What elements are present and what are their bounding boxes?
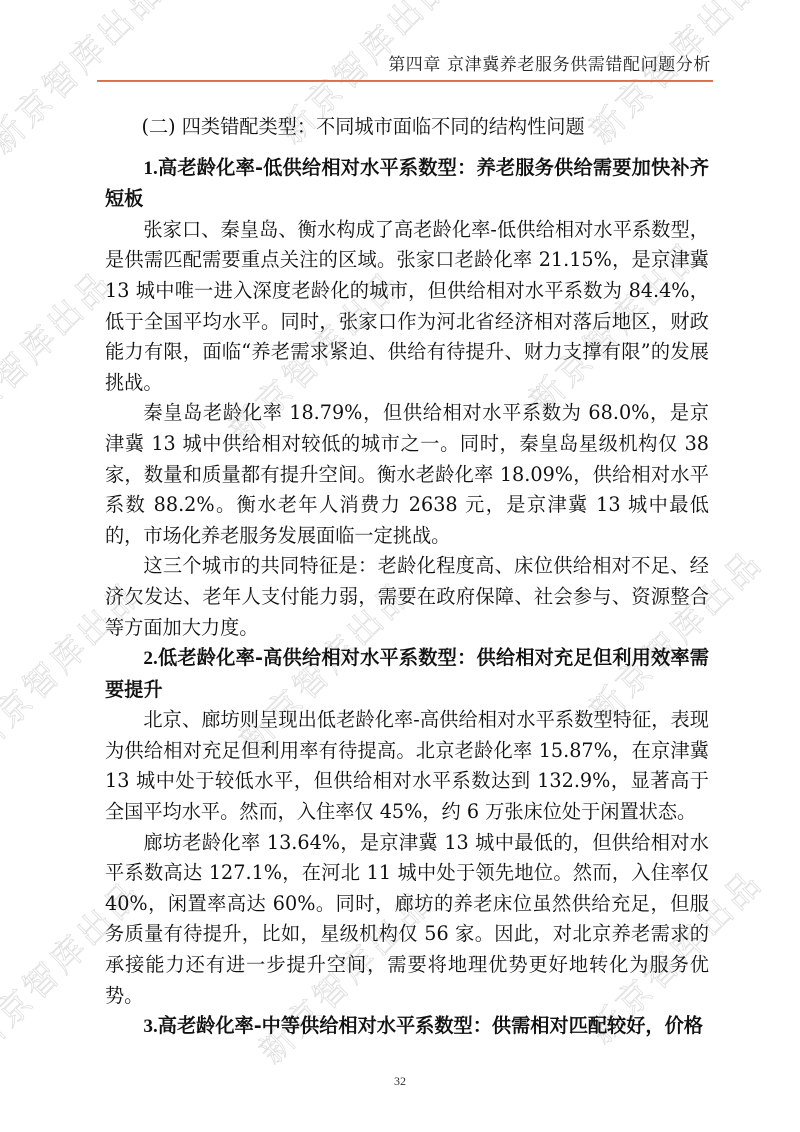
subsection-heading-text: 高老龄化率-中等供给相对水平系数型：供需相对匹配较好，价格	[158, 1014, 703, 1037]
page-header: 第四章 京津冀养老服务供需错配问题分析	[97, 44, 713, 82]
page-number: 32	[0, 1074, 800, 1089]
subsection-number: 2.	[143, 648, 157, 669]
paragraph: 北京、廊坊则呈现出低老龄化率-高供给相对水平系数型特征，表现为供给相对充足但利用…	[105, 705, 709, 827]
paragraph: 秦皇岛老龄化率 18.79%，但供给相对水平系数为 68.0%，是京津冀 13 …	[105, 398, 709, 551]
subsection-heading-3: 3.高老龄化率-中等供给相对水平系数型：供需相对匹配较好，价格	[105, 1011, 709, 1043]
subsection-number: 3.	[143, 1016, 157, 1037]
paragraph: 张家口、秦皇岛、衡水构成了高老龄化率-低供给相对水平系数型，是供需匹配需要重点关…	[105, 215, 709, 399]
paragraph: 廊坊老龄化率 13.64%，是京津冀 13 城中最低的，但供给相对水平系数高达 …	[105, 828, 709, 1012]
header-divider	[97, 80, 713, 82]
watermark: 新京智库出品	[0, 257, 122, 453]
subsection-heading-2: 2.低老龄化率-高供给相对水平系数型：供给相对充足但利用效率需要提升	[105, 643, 709, 705]
document-body: (二) 四类错配类型：不同城市面临不同的结构性问题 1.高老龄化率-低供给相对水…	[105, 112, 709, 1043]
paragraph: 这三个城市的共同特征是：老龄化程度高、床位供给相对不足、经济欠发达、老年人支付能…	[105, 551, 709, 643]
section-title: (二) 四类错配类型：不同城市面临不同的结构性问题	[105, 112, 709, 143]
chapter-title: 第四章 京津冀养老服务供需错配问题分析	[388, 50, 711, 75]
subsection-heading-text: 高老龄化率-低供给相对水平系数型：养老服务供给需要加快补齐短板	[105, 156, 709, 211]
subsection-heading-1: 1.高老龄化率-低供给相对水平系数型：养老服务供给需要加快补齐短板	[105, 153, 709, 215]
subsection-heading-text: 低老龄化率-高供给相对水平系数型：供给相对充足但利用效率需要提升	[105, 646, 709, 701]
subsection-number: 1.	[143, 158, 157, 179]
